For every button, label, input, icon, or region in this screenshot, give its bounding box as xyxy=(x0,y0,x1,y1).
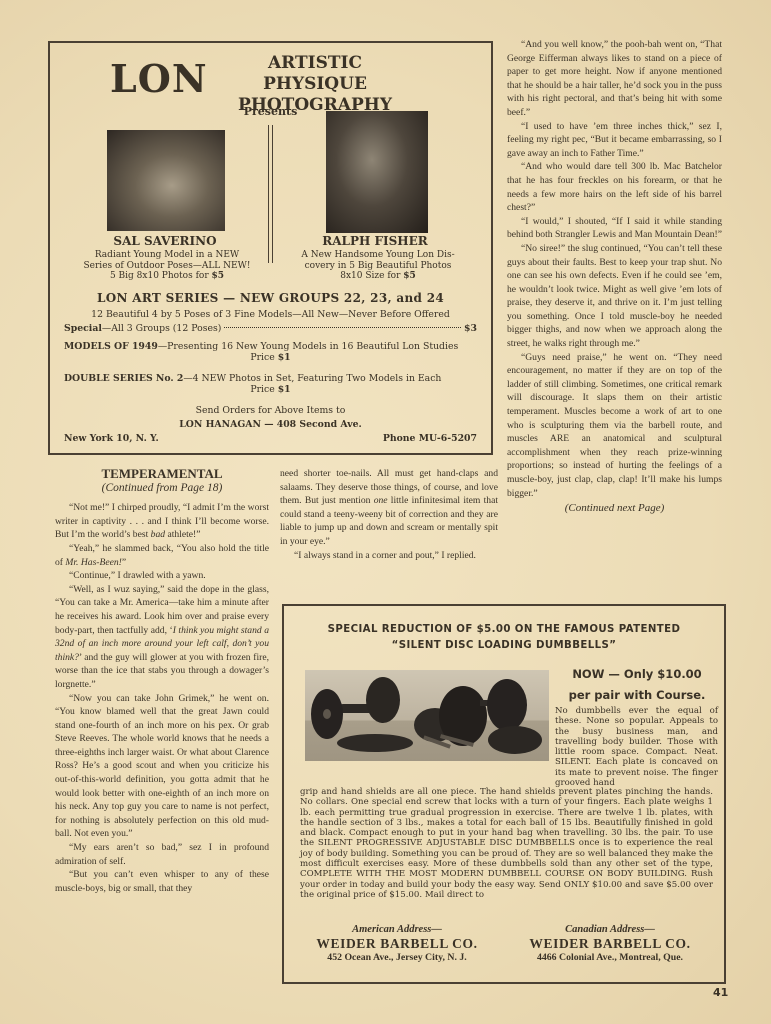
company-name: WEIDER BARBELL CO. xyxy=(297,935,497,952)
article-paragraph: need shorter toe-nails. All must get han… xyxy=(280,467,498,549)
company-name: WEIDER BARBELL CO. xyxy=(510,935,710,952)
col2-paragraphs: need shorter toe-nails. All must get han… xyxy=(280,467,498,562)
title-line-1: ARTISTIC PHYSIQUE xyxy=(220,53,410,95)
article-subtitle: (Continued from Page 18) xyxy=(55,482,269,496)
article-paragraph: “My ears aren’t so bad,” sez I in profou… xyxy=(55,841,269,868)
italic-text: bad xyxy=(151,529,165,540)
desc-line: 5 Big 8x10 Photos for $5 xyxy=(72,271,262,282)
italic-text: Mr. Has-Been! xyxy=(65,557,121,568)
dumbbell-ad: SPECIAL REDUCTION OF $5.00 ON THE FAMOUS… xyxy=(282,604,726,984)
col3-paragraphs: “And you well know,” the pooh-bah went o… xyxy=(507,38,722,500)
text-run: ’ and the guy will glower at you with fr… xyxy=(55,652,269,690)
article-paragraph: “I always stand in a corner and pout,” I… xyxy=(280,549,498,563)
continued-next-page: (Continued next Page) xyxy=(507,502,722,516)
models-1949-text: —Presenting 16 New Young Models in 16 Be… xyxy=(158,341,458,352)
text-run: ” xyxy=(122,557,126,568)
article-column-2: need shorter toe-nails. All must get han… xyxy=(280,467,498,562)
article-paragraph: “Not me!” I chirped proudly, “I admit I’… xyxy=(55,501,269,542)
desc-text: 8x10 Size for xyxy=(340,271,403,281)
article-paragraph: “Guys need praise,” he went on. “They ne… xyxy=(507,351,722,501)
price-per-pair: per pair with Course. xyxy=(552,685,722,706)
price-value: $1 xyxy=(278,384,291,395)
article-title: TEMPERAMENTAL xyxy=(55,467,269,481)
photo-sal-saverino xyxy=(107,130,225,231)
text-run: “But you can’t even whisper to any of th… xyxy=(55,869,269,894)
dumbbell-price: NOW — Only $10.00 per pair with Course. xyxy=(552,664,722,706)
headline-line-2: “SILENT DISC LOADING DUMBBELLS” xyxy=(284,638,724,654)
headline-line-1: SPECIAL REDUCTION OF $5.00 ON THE FAMOUS… xyxy=(284,622,724,638)
article-paragraph: “Continue,” I drawled with a yawn. xyxy=(55,569,269,583)
text-run: “I used to have ’em three inches thick,”… xyxy=(507,121,722,159)
lon-art-series-heading: LON ART SERIES — NEW GROUPS 22, 23, and … xyxy=(50,291,491,305)
article-paragraph: “But you can’t even whisper to any of th… xyxy=(55,868,269,895)
price-now: NOW — Only $10.00 xyxy=(552,664,722,685)
model-desc-sal: Radiant Young Model in a NEW Series of O… xyxy=(72,250,262,282)
article-paragraph: “Now you can take John Grimek,” he went … xyxy=(55,692,269,842)
address-label: American Address— xyxy=(297,924,497,935)
article-column-3: “And you well know,” the pooh-bah went o… xyxy=(507,38,722,516)
dumbbell-illustration-icon xyxy=(305,670,549,761)
article-paragraph: “I would,” I shouted, “If I said it whil… xyxy=(507,215,722,242)
double-series-line: DOUBLE SERIES No. 2—4 NEW Photos in Set,… xyxy=(64,373,477,395)
article-paragraph: “Well, as I wuz saying,” said the dope i… xyxy=(55,583,269,692)
text-run: “And you well know,” the pooh-bah went o… xyxy=(507,39,722,118)
desc-line: 8x10 Size for $5 xyxy=(278,271,478,282)
special-label: Special xyxy=(64,323,102,334)
series-description: 12 Beautiful 4 by 5 Poses of 3 Fine Mode… xyxy=(64,309,477,320)
price: $5 xyxy=(403,271,416,281)
price: $5 xyxy=(211,271,224,281)
text-run: “I would,” I shouted, “If I said it whil… xyxy=(507,216,722,241)
models-1949-price: Price $1 xyxy=(64,352,477,363)
article-paragraph: “And who would dare tell 300 lb. Mac Bat… xyxy=(507,160,722,214)
desc-line: Series of Outdoor Poses—ALL NEW! xyxy=(72,261,262,272)
lon-photography-ad: LON ARTISTIC PHYSIQUE PHOTOGRAPHY Presen… xyxy=(48,41,493,455)
dumbbell-photo xyxy=(305,670,549,761)
col1-paragraphs: “Not me!” I chirped proudly, “I admit I’… xyxy=(55,501,269,895)
model-name-ralph: RALPH FISHER xyxy=(290,234,460,248)
phone: Phone MU-6-5207 xyxy=(383,433,477,444)
article-column-1: TEMPERAMENTAL (Continued from Page 18) “… xyxy=(55,467,269,895)
price-label: Price xyxy=(250,384,277,395)
page-number: 41 xyxy=(713,986,728,999)
italic-text: one xyxy=(374,495,388,506)
text-run: “Guys need praise,” he went on. “They ne… xyxy=(507,352,722,499)
desc-text: 5 Big 8x10 Photos for xyxy=(110,271,212,281)
desc-line: covery in 5 Big Beautiful Photos xyxy=(278,261,478,272)
models-1949-line: MODELS OF 1949—Presenting 16 New Young M… xyxy=(64,341,477,363)
special-text: —All 3 Groups (12 Poses) xyxy=(102,323,221,334)
order-address: LON HANAGAN — 408 Second Ave. xyxy=(64,419,477,430)
dot-leader xyxy=(224,326,461,328)
price-value: $1 xyxy=(278,352,291,363)
text-run: athlete!” xyxy=(165,529,200,540)
address-label: Canadian Address— xyxy=(510,924,710,935)
double-series-price: Price $1 xyxy=(64,384,477,395)
article-paragraph: “I used to have ’em three inches thick,”… xyxy=(507,120,722,161)
city-phone-row: New York 10, N. Y. Phone MU-6-5207 xyxy=(64,433,477,444)
street-address: 4466 Colonial Ave., Montreal, Que. xyxy=(510,952,710,963)
send-orders-text: Send Orders for Above Items to xyxy=(64,405,477,416)
model-name-sal: SAL SAVERINO xyxy=(80,234,250,248)
article-paragraph: “No siree!” the slug continued, “You can… xyxy=(507,242,722,351)
article-paragraph: “And you well know,” the pooh-bah went o… xyxy=(507,38,722,120)
dumbbell-side-text: No dumbbells ever the equal of these. No… xyxy=(555,706,718,788)
text-run: “My ears aren’t so bad,” sez I in profou… xyxy=(55,842,269,867)
lon-logo: LON xyxy=(110,56,208,101)
photo-ralph-fisher xyxy=(326,111,428,233)
desc-line: A New Handsome Young Lon Dis- xyxy=(278,250,478,261)
double-series-label: DOUBLE SERIES No. 2 xyxy=(64,373,183,384)
dumbbell-body-text: grip and hand shields are all one piece.… xyxy=(300,787,713,900)
city: New York 10, N. Y. xyxy=(64,433,159,444)
text-run: “Continue,” I drawled with a yawn. xyxy=(69,570,206,581)
street-address: 452 Ocean Ave., Jersey City, N. J. xyxy=(297,952,497,963)
article-paragraph: “Yeah,” he slammed back, “You also hold … xyxy=(55,542,269,569)
american-address: American Address— WEIDER BARBELL CO. 452… xyxy=(297,924,497,963)
text-run: “No siree!” the slug continued, “You can… xyxy=(507,243,722,349)
text-run: “I always stand in a corner and pout,” I… xyxy=(294,550,476,561)
models-1949-label: MODELS OF 1949 xyxy=(64,341,158,352)
double-series-text: —4 NEW Photos in Set, Featuring Two Mode… xyxy=(183,373,441,384)
model-desc-ralph: A New Handsome Young Lon Dis- covery in … xyxy=(278,250,478,282)
desc-line: Radiant Young Model in a NEW xyxy=(72,250,262,261)
column-divider xyxy=(268,125,273,263)
text-run: “Now you can take John Grimek,” he went … xyxy=(55,693,269,840)
text-run: “And who would dare tell 300 lb. Mac Bat… xyxy=(507,161,722,213)
special-price: $3 xyxy=(464,323,477,334)
price-label: Price xyxy=(250,352,277,363)
canadian-address: Canadian Address— WEIDER BARBELL CO. 446… xyxy=(510,924,710,963)
dumbbell-ad-headline: SPECIAL REDUCTION OF $5.00 ON THE FAMOUS… xyxy=(284,622,724,654)
special-offer-line: Special—All 3 Groups (12 Poses) $3 xyxy=(64,323,477,334)
